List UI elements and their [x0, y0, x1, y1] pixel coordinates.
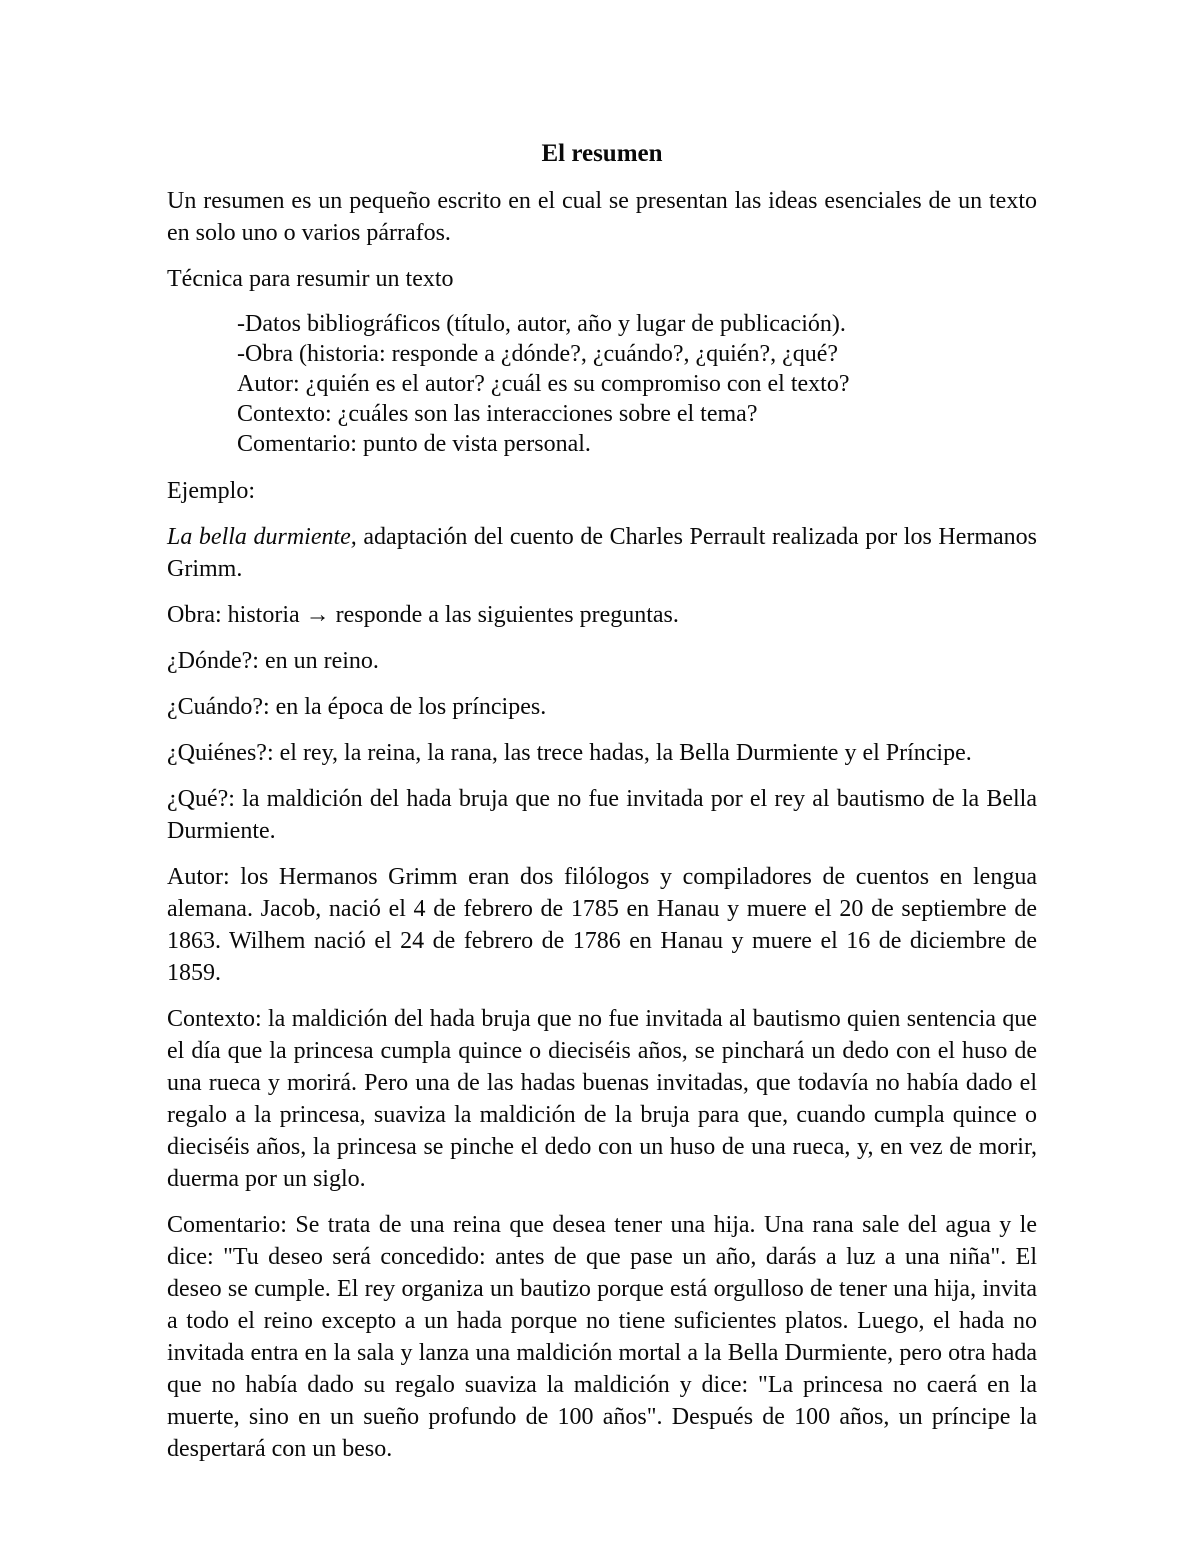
paragraph-question-cuando: ¿Cuándo?: en la época de los príncipes.	[167, 691, 1037, 723]
technique-line-autor: Autor: ¿quién es el autor? ¿cuál es su c…	[237, 369, 1037, 399]
example-label: Ejemplo:	[167, 475, 1037, 507]
technique-list: -Datos bibliográficos (título, autor, añ…	[167, 309, 1037, 459]
paragraph-question-que: ¿Qué?: la maldición del hada bruja que n…	[167, 783, 1037, 847]
technique-line-comentario: Comentario: punto de vista personal.	[237, 429, 1037, 459]
technique-line-contexto: Contexto: ¿cuáles son las interacciones …	[237, 399, 1037, 429]
paragraph-example: La bella durmiente, adaptación del cuent…	[167, 521, 1037, 585]
document-title: El resumen	[167, 138, 1037, 170]
paragraph-comentario: Comentario: Se trata de una reina que de…	[167, 1209, 1037, 1465]
paragraph-intro: Un resumen es un pequeño escrito en el c…	[167, 185, 1037, 249]
paragraph-contexto: Contexto: la maldición del hada bruja qu…	[167, 1003, 1037, 1195]
paragraph-question-quienes: ¿Quiénes?: el rey, la reina, la rana, la…	[167, 737, 1037, 769]
technique-heading: Técnica para resumir un texto	[167, 263, 1037, 295]
document-page: El resumen Un resumen es un pequeño escr…	[0, 0, 1200, 1553]
technique-line-obra: -Obra (historia: responde a ¿dónde?, ¿cu…	[237, 339, 1037, 369]
paragraph-autor: Autor: los Hermanos Grimm eran dos filól…	[167, 861, 1037, 989]
example-book-title: La bella durmiente,	[167, 524, 357, 550]
paragraph-question-donde: ¿Dónde?: en un reino.	[167, 645, 1037, 677]
paragraph-obra-arrow: Obra: historia → responde a las siguient…	[167, 599, 1037, 631]
technique-line-datos: -Datos bibliográficos (título, autor, añ…	[237, 309, 1037, 339]
